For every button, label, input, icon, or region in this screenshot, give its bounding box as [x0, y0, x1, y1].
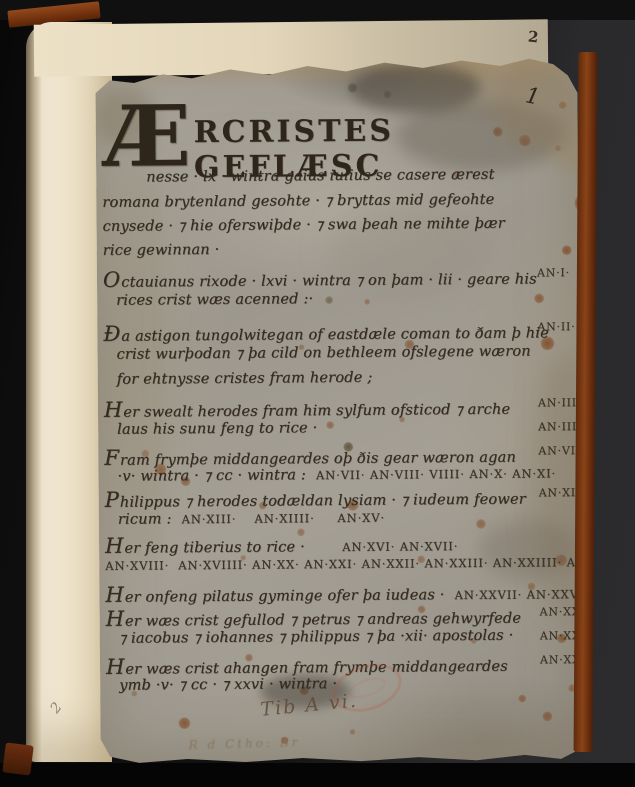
- heading-initial: Æ: [104, 101, 191, 172]
- text-line: Her swealt herodes fram him sylfum ofsti…: [104, 394, 550, 422]
- binding-edge-right: [574, 52, 598, 752]
- line-text: laus his sunu feng to rice ·: [117, 420, 317, 438]
- text-line: nesse · lx · wintra gaius iulius se case…: [102, 166, 592, 186]
- binding-edge-bottom-left: [2, 742, 33, 775]
- stain-spot: [350, 729, 356, 735]
- line-annal-numbers: AN·VII· AN·VIII· VIIII· AN·X· AN·XI·: [306, 466, 556, 482]
- text-line: for ehtnysse cristes fram herode ;: [104, 368, 563, 388]
- text-line: Philippus ⁊ herodes todældan lysiam · ⁊ …: [105, 484, 551, 512]
- line-text: rices crist wæs acenned :·: [116, 291, 313, 309]
- line-text: Octauianus rixode · lxvi · wintra ⁊ on þ…: [103, 271, 537, 290]
- line-annal-numbers: AN·XXVII· AN·XXVIII· AN·XXVIIII: [445, 586, 635, 602]
- text-line: crist wurþodan ⁊ þa cild on bethleem ofs…: [104, 343, 563, 363]
- stain-spot: [562, 245, 572, 255]
- manuscript-page: ÆRCRISTES GEFLÆSC 1 nesse · lx · wintra …: [95, 54, 583, 764]
- line-text: Her onfeng pilatus gyminge ofer þa iudea…: [105, 587, 444, 606]
- flyleaf-page-number: 2: [527, 28, 539, 47]
- text-line: ·v· wintra · ⁊ cc · wintra :AN·VII· AN·V…: [104, 465, 563, 485]
- line-text: Her swealt herodes fram him sylfum ofsti…: [104, 402, 510, 421]
- text-line: cnysede · ⁊ hie oferswiþde · ⁊ swa þeah …: [102, 215, 548, 235]
- stain-spot: [178, 717, 190, 729]
- stain-spot: [542, 711, 552, 721]
- line-annal-numbers: AN·XIII· AN·XIIII· AN·XV·: [171, 511, 385, 527]
- text-line: ricum :AN·XIII· AN·XIIII· AN·XV·: [105, 508, 564, 528]
- text-line: romana brytenland gesohte · ⁊ bryttas mi…: [102, 191, 548, 211]
- line-annal-numbers: AN·XVI· AN·XVII·: [305, 539, 458, 554]
- stain-spot: [518, 695, 526, 703]
- line-text: rice gewinnan ·: [103, 242, 220, 259]
- line-text: nesse · lx · wintra gaius iulius se case…: [146, 167, 495, 186]
- faint-ownership-inscription: R d Ctho: Br: [188, 735, 300, 752]
- text-line: Octauianus rixode · lxvi · wintra ⁊ on þ…: [103, 264, 549, 292]
- text-line: Her wæs crist gefullod ⁊ petrus ⁊ andrea…: [106, 603, 552, 631]
- photo-backdrop: 2 2 ÆRCRISTES GEFLÆSC 1 nesse · lx · win…: [0, 0, 635, 787]
- line-text: Philippus ⁊ herodes todældan lysiam · ⁊ …: [105, 492, 526, 511]
- backdrop-bottom-shadow: [0, 763, 635, 787]
- text-line: rices crist wæs acenned :·: [103, 289, 562, 309]
- line-text: Her feng tiberius to rice ·: [105, 539, 305, 557]
- line-text: Her wæs crist gefullod ⁊ petrus ⁊ andrea…: [106, 611, 522, 630]
- line-annal-numbers: AN·XVIII· AN·XVIIII· AN·XX· AN·XXI· AN·X…: [105, 555, 619, 573]
- line-text: ricum :: [118, 511, 172, 527]
- line-text: ⁊ iacobus ⁊ iohannes ⁊ philippus ⁊ þa ·x…: [119, 628, 514, 647]
- line-text: ymb ·v· ⁊ cc · ⁊ xxvi · wintra ·: [119, 676, 337, 694]
- text-line: Ða astigon tungolwitegan of eastdæle com…: [103, 318, 549, 346]
- text-line: Her feng tiberius to rice · AN·XVI· AN·X…: [105, 530, 551, 558]
- line-text: crist wurþodan ⁊ þa cild on bethleem ofs…: [117, 343, 531, 362]
- line-text: Ða astigon tungolwitegan of eastdæle com…: [103, 325, 549, 344]
- text-line: ⁊ iacobus ⁊ iohannes ⁊ philippus ⁊ þa ·x…: [106, 627, 565, 647]
- line-text: for ehtnysse cristes fram herode ;: [117, 370, 373, 388]
- line-text: cnysede · ⁊ hie oferswiþde · ⁊ swa þeah …: [102, 216, 504, 235]
- text-line: Her onfeng pilatus gyminge ofer þa iudea…: [105, 579, 551, 607]
- line-text: romana brytenland gesohte · ⁊ bryttas mi…: [102, 192, 494, 211]
- text-line: laus his sunu feng to rice ·: [104, 418, 563, 438]
- line-text: ·v· wintra · ⁊ cc · wintra :: [117, 467, 306, 484]
